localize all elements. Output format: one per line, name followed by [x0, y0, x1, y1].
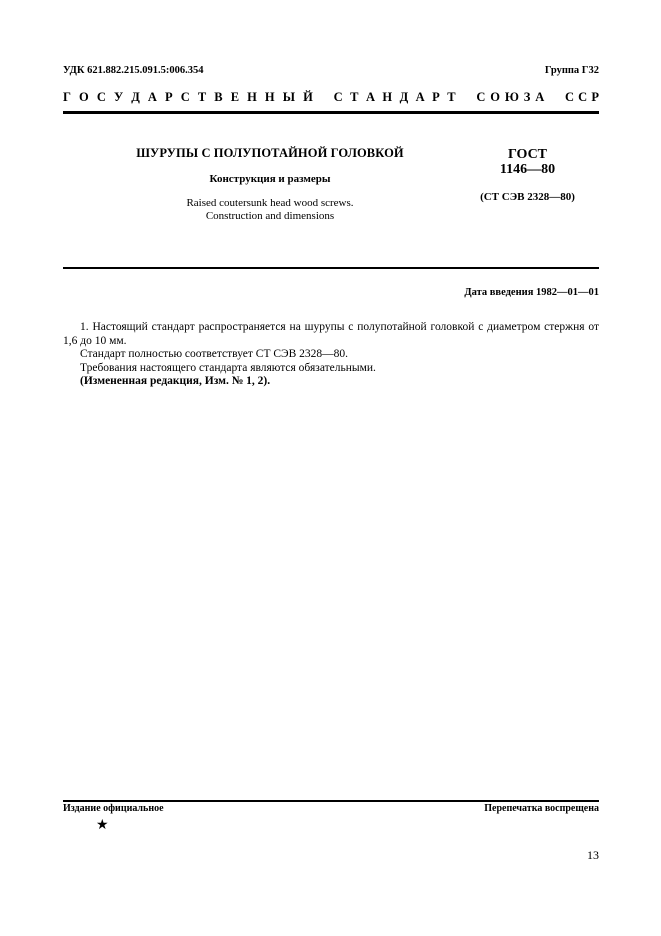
official-edition-label: Издание официальное [63, 803, 164, 814]
star-icon: ★ [96, 818, 109, 832]
page-number: 13 [587, 848, 599, 863]
gost-block: ГОСТ 1146—80 (СТ СЭВ 2328—80) [455, 148, 600, 203]
group-code: Группа Г32 [545, 65, 599, 76]
top-rule [63, 111, 599, 114]
introduction-date: Дата введения 1982—01—01 [464, 287, 599, 298]
heading-word-2: СТАНДАРТ [334, 90, 456, 105]
paragraph-revision: (Измененная редакция, Изм. № 1, 2). [63, 375, 599, 389]
paragraph-compliance: Стандарт полностью соответствует СТ СЭВ … [63, 348, 599, 362]
middle-rule [63, 267, 599, 269]
heading-word-3: СОЮЗА [476, 90, 544, 105]
english-title: Raised coutersunk head wood screws. Cons… [100, 197, 440, 223]
gost-label: ГОСТ [455, 148, 600, 162]
reprint-prohibited-label: Перепечатка воспрещена [484, 803, 599, 814]
heading-word-4: ССР [565, 90, 599, 105]
english-title-line-1: Raised coutersunk head wood screws. [186, 197, 353, 209]
document-subtitle: Конструкция и размеры [100, 173, 440, 185]
heading-word-1: ГОСУДАРСТВЕННЫЙ [63, 90, 313, 105]
body-text: 1. Настоящий стандарт распространяется н… [63, 321, 599, 389]
footer-rule [63, 800, 599, 802]
sev-reference: (СТ СЭВ 2328—80) [455, 191, 600, 203]
udk-code: УДК 621.882.215.091.5:006.354 [63, 65, 203, 76]
paragraph-scope: 1. Настоящий стандарт распространяется н… [63, 321, 599, 348]
gost-number: 1146—80 [455, 162, 600, 177]
document-title: ШУРУПЫ С ПОЛУПОТАЙНОЙ ГОЛОВКОЙ [100, 146, 440, 161]
english-title-line-2: Construction and dimensions [206, 210, 334, 222]
paragraph-mandatory: Требования настоящего стандарта являются… [63, 362, 599, 376]
title-block: ШУРУПЫ С ПОЛУПОТАЙНОЙ ГОЛОВКОЙ Конструкц… [100, 146, 440, 223]
state-standard-heading: ГОСУДАРСТВЕННЫЙ СТАНДАРТ СОЮЗА ССР [63, 90, 599, 105]
